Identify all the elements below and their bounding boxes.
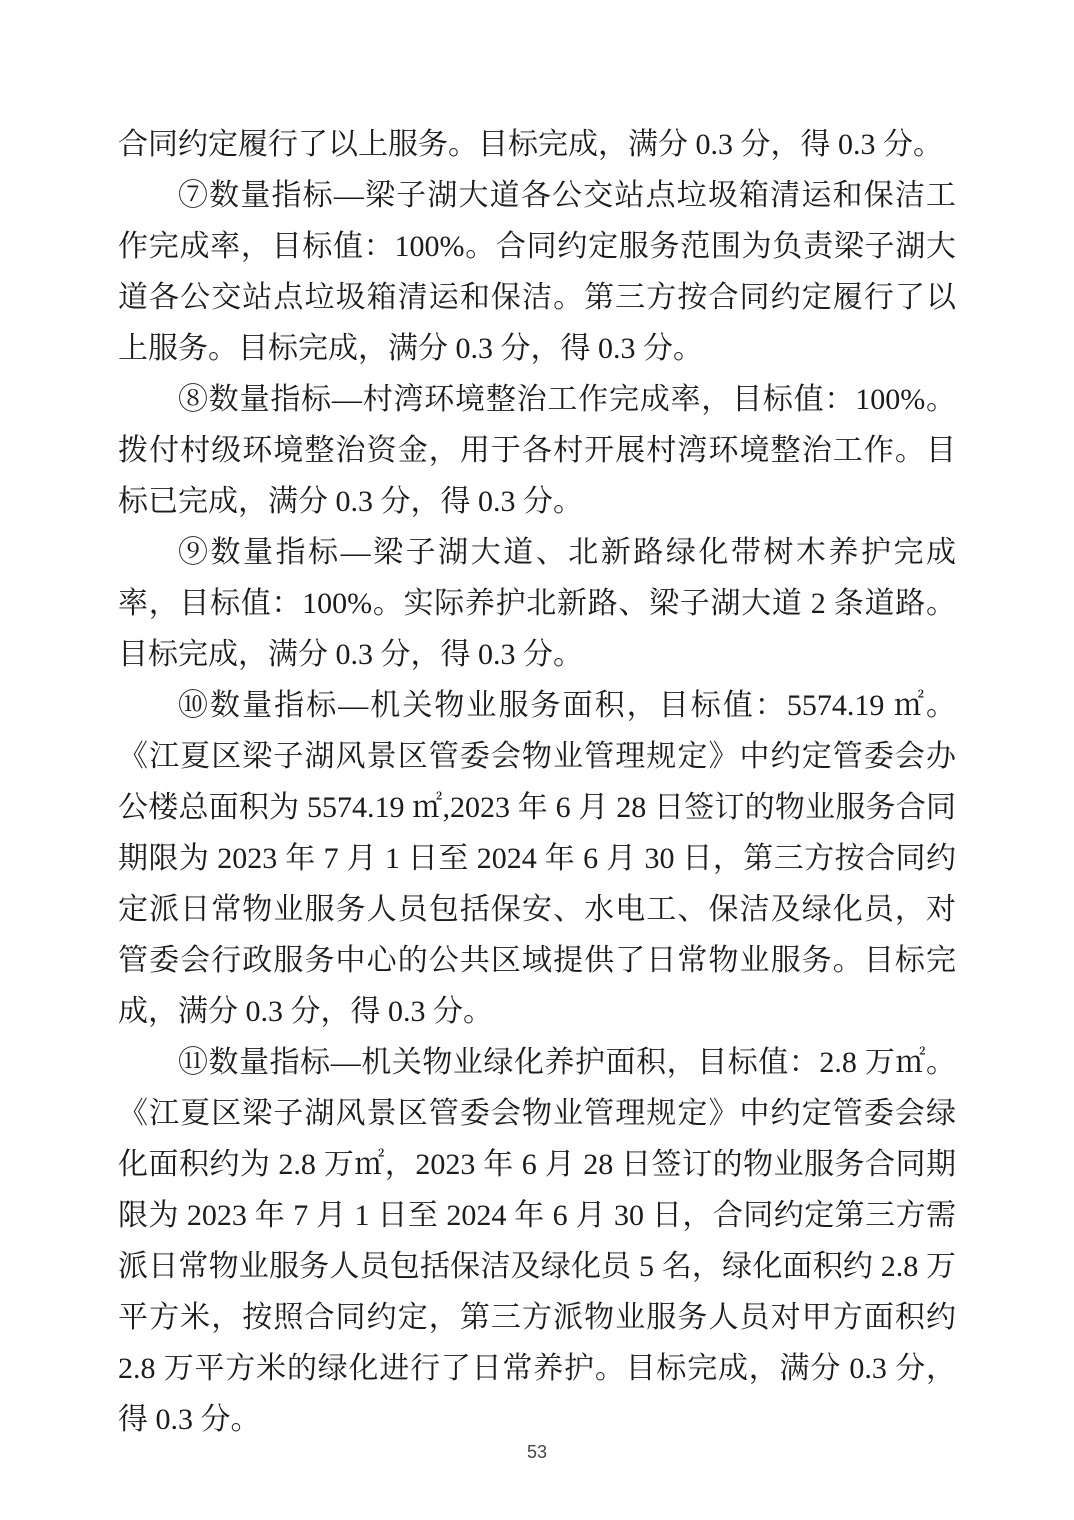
paragraph: ⑨数量指标—梁子湖大道、北新路绿化带树木养护完成率，目标值：100%。实际养护北… (118, 527, 956, 680)
document-body: 合同约定履行了以上服务。目标完成，满分 0.3 分，得 0.3 分。⑦数量指标—… (118, 119, 956, 1445)
paragraph: ⑧数量指标—村湾环境整治工作完成率，目标值：100%。拨付村级环境整治资金，用于… (118, 374, 956, 527)
paragraph: ⑩数量指标—机关物业服务面积，目标值：5574.19 ㎡。《江夏区梁子湖风景区管… (118, 680, 956, 1037)
paragraph: ⑪数量指标—机关物业绿化养护面积，目标值：2.8 万㎡。《江夏区梁子湖风景区管委… (118, 1037, 956, 1445)
paragraph: ⑦数量指标—梁子湖大道各公交站点垃圾箱清运和保洁工作完成率，目标值：100%。合… (118, 170, 956, 374)
page-number: 53 (0, 1442, 1074, 1463)
paragraph: 合同约定履行了以上服务。目标完成，满分 0.3 分，得 0.3 分。 (118, 119, 956, 170)
document-page: 合同约定履行了以上服务。目标完成，满分 0.3 分，得 0.3 分。⑦数量指标—… (0, 0, 1074, 1520)
